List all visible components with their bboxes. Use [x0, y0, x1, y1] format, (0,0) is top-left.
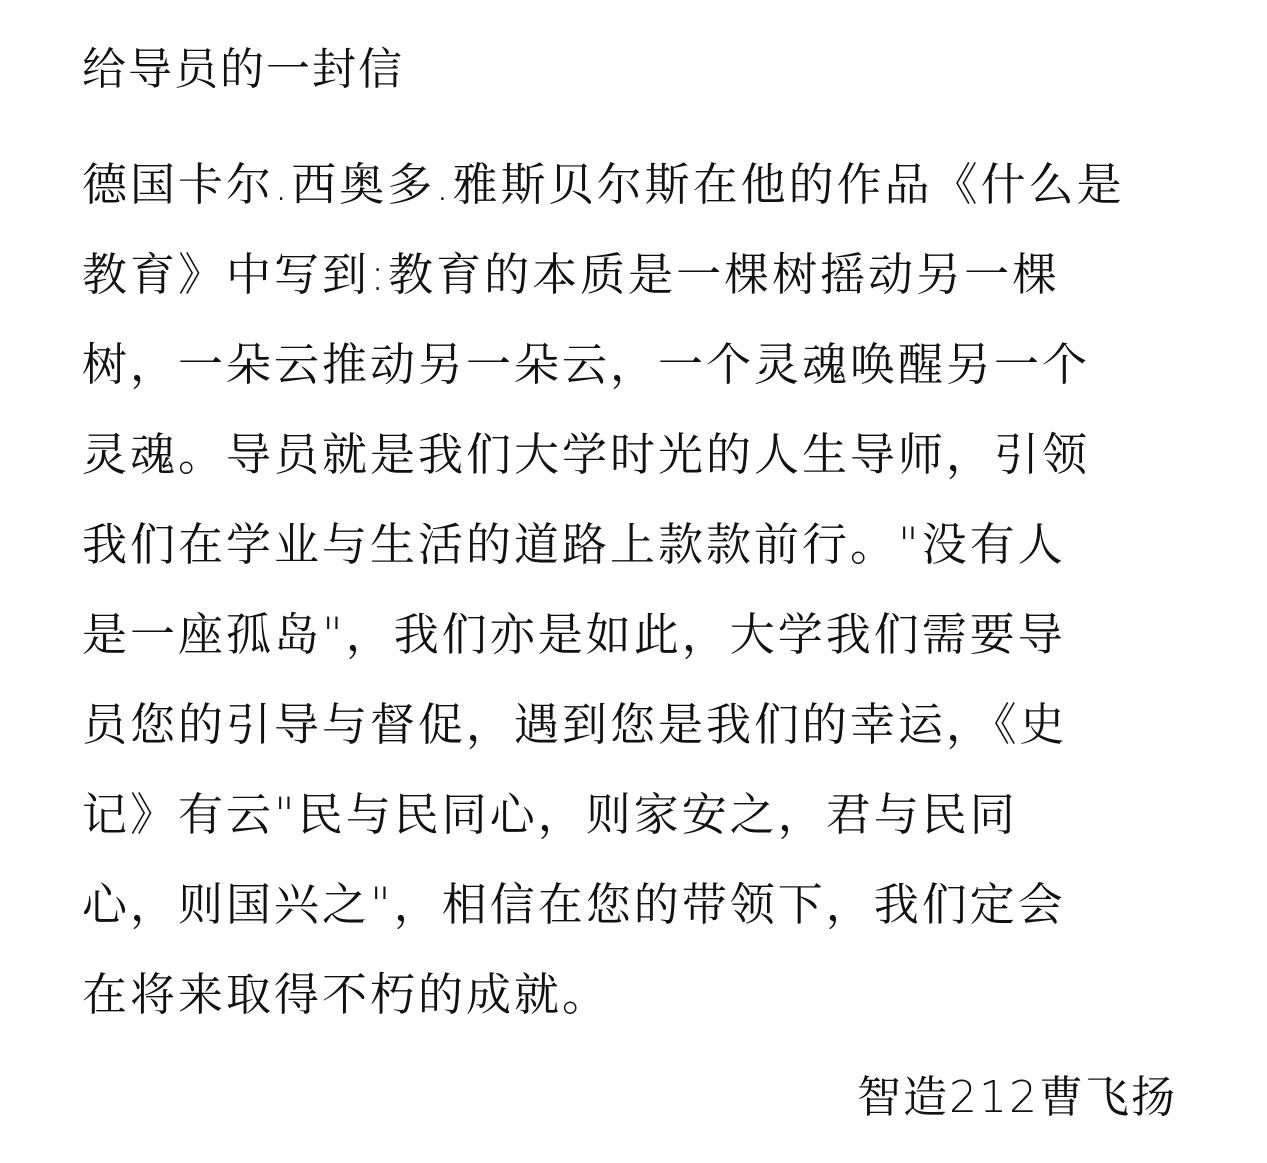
- body-line: 是一座孤岛"，我们亦是如此，大学我们需要导: [82, 600, 1192, 690]
- body-line: 员您的引导与督促，遇到您是我们的幸运，《史: [82, 690, 1192, 780]
- body-line: 记》有云"民与民同心，则家安之，君与民同: [82, 780, 1192, 870]
- body-line: 心，则国兴之"，相信在您的带领下，我们定会: [82, 870, 1192, 960]
- body-line: 教育》中写到:教育的本质是一棵树摇动另一棵: [82, 240, 1192, 330]
- body-line: 我们在学业与生活的道路上款款前行。"没有人: [82, 510, 1192, 600]
- letter-title: 给导员的一封信: [82, 40, 404, 100]
- letter-signature: 智造212曹飞扬: [857, 1068, 1177, 1128]
- body-line: 树，一朵云推动另一朵云，一个灵魂唤醒另一个: [82, 330, 1192, 420]
- body-line: 在将来取得不朽的成就。: [82, 960, 1192, 1050]
- body-line: 灵魂。导员就是我们大学时光的人生导师，引领: [82, 420, 1192, 510]
- letter-page: 给导员的一封信 德国卡尔.西奥多.雅斯贝尔斯在他的作品《什么是 教育》中写到:教…: [0, 0, 1267, 1163]
- letter-body: 德国卡尔.西奥多.雅斯贝尔斯在他的作品《什么是 教育》中写到:教育的本质是一棵树…: [82, 150, 1192, 1050]
- body-line: 德国卡尔.西奥多.雅斯贝尔斯在他的作品《什么是: [82, 150, 1192, 240]
